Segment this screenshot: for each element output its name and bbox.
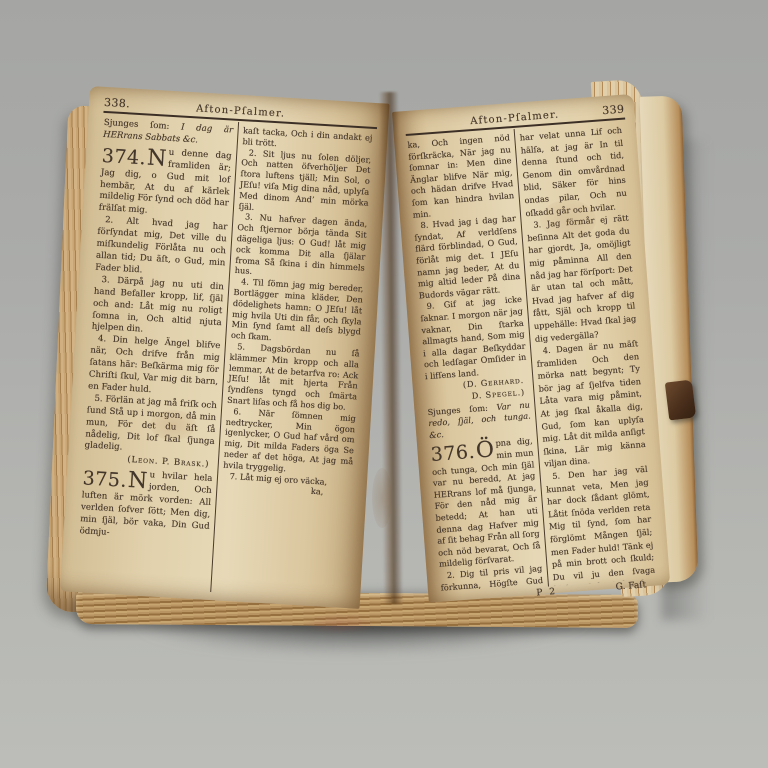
psalm-376-opening: 376.Öpna dig, min mun och tunga, Och min… bbox=[430, 436, 542, 571]
left-page: 338. Afton-Pſalmer. Sjunges ſom: I dag ä… bbox=[60, 86, 389, 609]
right-header-spacer bbox=[405, 126, 449, 129]
psalm-374-number: 374. bbox=[101, 146, 146, 170]
left-page-column-2: kaſt tacka, Och i din andakt ej bli tröt… bbox=[210, 122, 377, 600]
psalm-375-initial: N bbox=[127, 470, 147, 492]
psalm-375-verse-6: 6. När ſömnen mig nedtrycker, Min ögon i… bbox=[223, 405, 356, 477]
psalm-374-verse-2: 2. Alt hvad jag har förſyndat mig, Det v… bbox=[95, 215, 228, 282]
right-page: Afton-Pſalmer. 339 ka, Och ingen nöd för… bbox=[392, 94, 670, 603]
psalm-375-verse-2: 2. Sit ljus nu ſolen döljer, Och natten … bbox=[238, 147, 371, 219]
psalm-375-verse-7-continuation: ka, Och ingen nöd förſkräcka, När jag nu… bbox=[407, 132, 515, 221]
psalm-376-verse-2-continuation: har velat unna Lif och hälſa, at jag är … bbox=[519, 124, 628, 220]
psalm-375-verse-9: 9. Gif at jag icke ſaknar. I morgon när … bbox=[419, 294, 527, 383]
psalm-376-verse-5: 5. Den har jag väl kunnat veta, Men jag … bbox=[545, 463, 658, 587]
right-page-number: 339 bbox=[580, 103, 625, 119]
psalm-374-initial: N bbox=[147, 147, 167, 169]
left-header-spacer bbox=[333, 119, 377, 122]
signature-mark: P 2 bbox=[536, 587, 557, 599]
psalm-375-verse-8: 8. Hvad jag i dag har ſyndat, Af verldſe… bbox=[413, 213, 521, 302]
psalm-375-opening: 375.Nu hvilar hela jorden, Och luften är… bbox=[79, 467, 213, 546]
leather-clasp-remnant bbox=[665, 379, 696, 420]
left-page-number: 338. bbox=[104, 96, 149, 112]
psalm-374-verse-3: 3. Därpå jag nu uti din hand Befaller kr… bbox=[91, 274, 224, 341]
psalm-374-opening: 374.Nu denne dag framliden är; Jag dig, … bbox=[98, 144, 232, 223]
photograph-of-open-book: 338. Afton-Pſalmer. Sjunges ſom: I dag ä… bbox=[0, 0, 768, 768]
psalm-374-verse-4: 4. Din helge Ängel blifve när, Och drifv… bbox=[88, 334, 221, 401]
right-page-columns: ka, Och ingen nöd förſkräcka, När jag nu… bbox=[406, 121, 660, 595]
left-page-columns: Sjunges ſom: I dag är HERrans Sabbats &c… bbox=[75, 114, 376, 600]
psalm-375-number: 375. bbox=[82, 469, 127, 493]
psalm-376-verse-3: 3. Jag förmår ej rätt beſinna Alt det go… bbox=[526, 212, 638, 345]
tune-direction-376: Sjunges ſom: Var nu redo, ſjäl, och tung… bbox=[427, 399, 532, 441]
psalm-375-verse-5: 5. Dagsbördan nu ſå klämmer Min kropp oc… bbox=[227, 341, 360, 413]
psalm-374-verse-5: 5. Förlän at jag må friſk och ſund Stå u… bbox=[84, 393, 217, 460]
psalm-375-verse-3: 3. Nu hafver dagen ända, Och ſtjernor bö… bbox=[234, 211, 367, 283]
psalm-376-initial: Ö bbox=[475, 440, 495, 462]
psalm-375-verse-4: 4. Til ſömn jag mig bereder, Bortlägger … bbox=[231, 276, 364, 348]
psalm-376-verse-4: 4. Dagen är nu mäſt framliden Och den mö… bbox=[535, 337, 647, 470]
